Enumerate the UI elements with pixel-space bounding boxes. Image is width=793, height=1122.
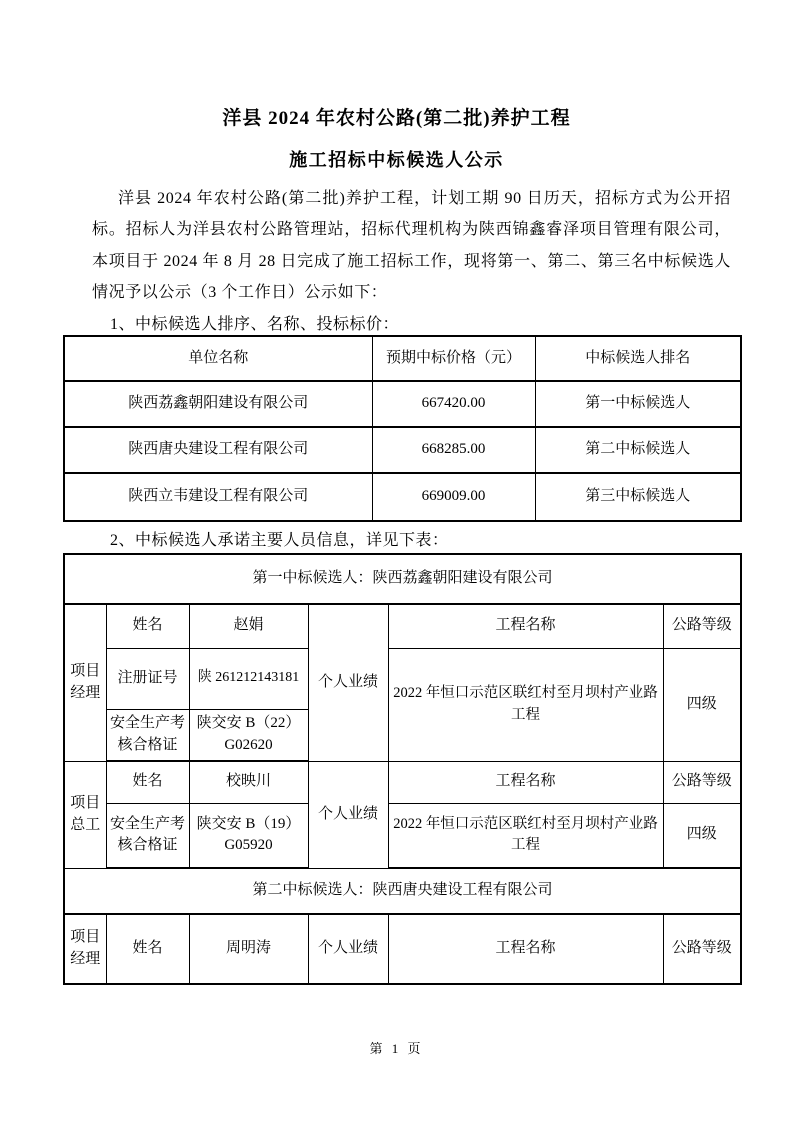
rank-cell: 第三中标候选人 [535,473,741,521]
company-cell: 陕西立韦建设工程有限公司 [64,473,372,521]
name-label: 姓名 [106,914,189,984]
table-row: 安全生产考核合格证 陕交安 B（19） G05920 2022 年恒口示范区联红… [64,803,741,868]
page-subtitle: 施工招标中标候选人公示 [0,146,793,172]
role-label-manager: 项目经理 [64,604,106,761]
rank-cell: 第一中标候选人 [535,381,741,427]
page-title: 洋县 2024 年农村公路(第二批)养护工程 [0,103,793,130]
section-title-row: 第一中标候选人：陕西荔鑫朝阳建设有限公司 [64,554,741,604]
manager1-safety-cert: 陕交安 B（22） G02620 [189,709,308,761]
rank-cell: 第二中标候选人 [535,427,741,473]
column-header-price: 预期中标价格（元） [372,336,535,381]
bid-ranking-table: 单位名称 预期中标价格（元） 中标候选人排名 陕西荔鑫朝阳建设有限公司 6674… [63,335,742,522]
company-cell: 陕西唐央建设工程有限公司 [64,427,372,473]
safety-cert-label: 安全生产考核合格证 [106,709,189,761]
table-row: 陕西立韦建设工程有限公司 669009.00 第三中标候选人 [64,473,741,521]
manager1-reg-no: 陕 261212143181 [189,648,308,709]
section2-title: 第二中标候选人：陕西唐央建设工程有限公司 [64,868,741,914]
table-row: 项目经理 姓名 周明涛 个人业绩 工程名称 公路等级 [64,914,741,984]
safety-cert-label: 安全生产考核合格证 [106,803,189,868]
table-row: 陕西荔鑫朝阳建设有限公司 667420.00 第一中标候选人 [64,381,741,427]
column-header-company: 单位名称 [64,336,372,381]
role-label-chief-engineer: 项目总工 [64,761,106,868]
project-name-label: 工程名称 [388,761,663,803]
table-header-row: 单位名称 预期中标价格（元） 中标候选人排名 [64,336,741,381]
column-header-rank: 中标候选人排名 [535,336,741,381]
name-label: 姓名 [106,761,189,803]
manager1-name: 赵娟 [189,604,308,648]
table-row: 陕西唐央建设工程有限公司 668285.00 第二中标候选人 [64,427,741,473]
price-cell: 668285.00 [372,427,535,473]
list-item-1: 1、中标候选人排序、名称、投标标价： [110,311,399,334]
document-page: 洋县 2024 年农村公路(第二批)养护工程 施工招标中标候选人公示 洋县 20… [0,0,793,1122]
performance-label: 个人业绩 [308,914,388,984]
road-grade-label: 公路等级 [663,604,741,648]
name-label: 姓名 [106,604,189,648]
project-name-label: 工程名称 [388,604,663,648]
performance-label: 个人业绩 [308,761,388,868]
reg-no-label: 注册证号 [106,648,189,709]
chief1-safety-cert: 陕交安 B（19） G05920 [189,803,308,868]
role-label-manager: 项目经理 [64,914,106,984]
road-grade-label: 公路等级 [663,761,741,803]
price-cell: 669009.00 [372,473,535,521]
manager1-project: 2022 年恒口示范区联红村至月坝村产业路工程 [388,648,663,761]
table-row: 项目总工 姓名 校映川 个人业绩 工程名称 公路等级 [64,761,741,803]
list-item-2: 2、中标候选人承诺主要人员信息，详见下表： [110,527,449,550]
manager2-name: 周明涛 [189,914,308,984]
price-cell: 667420.00 [372,381,535,427]
section1-title: 第一中标候选人：陕西荔鑫朝阳建设有限公司 [64,554,741,604]
project-name-label: 工程名称 [388,914,663,984]
manager1-grade: 四级 [663,648,741,761]
chief1-project: 2022 年恒口示范区联红村至月坝村产业路工程 [388,803,663,868]
personnel-table: 第一中标候选人：陕西荔鑫朝阳建设有限公司 项目经理 姓名 赵娟 个人业绩 工程名… [63,553,742,985]
table-row: 注册证号 陕 261212143181 2022 年恒口示范区联红村至月坝村产业… [64,648,741,709]
performance-label: 个人业绩 [308,604,388,761]
table-row: 项目经理 姓名 赵娟 个人业绩 工程名称 公路等级 [64,604,741,648]
chief1-name: 校映川 [189,761,308,803]
section-title-row: 第二中标候选人：陕西唐央建设工程有限公司 [64,868,741,914]
company-cell: 陕西荔鑫朝阳建设有限公司 [64,381,372,427]
page-footer: 第 1 页 [0,1038,793,1057]
intro-paragraph: 洋县 2024 年农村公路(第二批)养护工程，计划工期 90 日历天，招标方式为… [92,183,731,308]
road-grade-label: 公路等级 [663,914,741,984]
chief1-grade: 四级 [663,803,741,868]
